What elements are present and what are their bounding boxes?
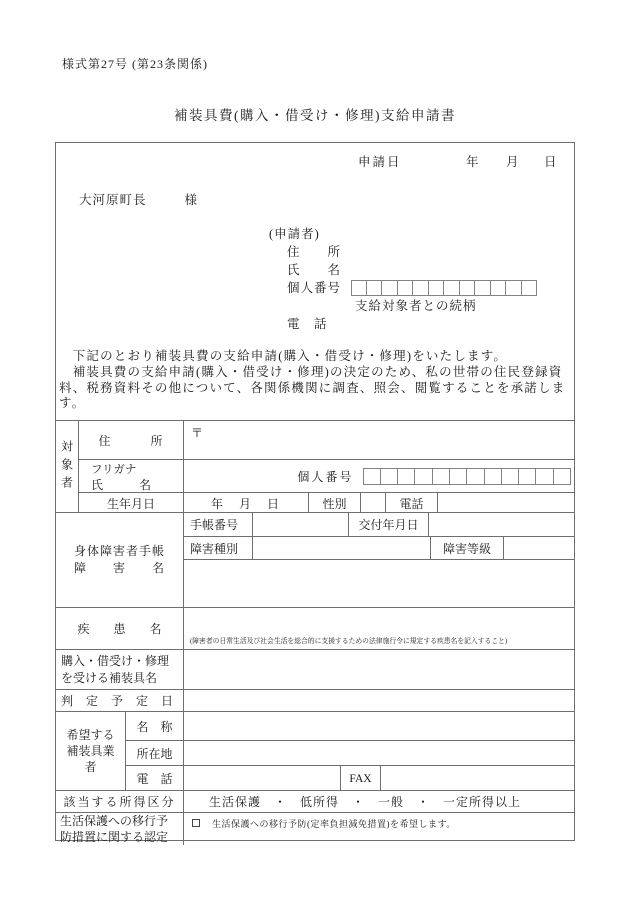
book-number-value[interactable]: [253, 513, 349, 536]
application-date-label: 申請日: [358, 152, 402, 170]
application-date-line: 申請日 年 月 日: [56, 152, 574, 168]
income-class-label: 該当する所得区分: [56, 791, 184, 812]
welfare-label-line2: 防措置に関する認定: [60, 829, 168, 845]
declaration-line-2: 補装具費の支給申請(購入・借受け・修理)の決定のため、私の世帯の住民登録資料、税…: [59, 365, 573, 412]
disease-value[interactable]: (障害者の日常生活及び社会生活を総合的に支援するための法律施行令に規定する疾患名…: [184, 608, 574, 649]
form-number: 様式第27号 (第23条関係): [62, 55, 208, 72]
disease-row: 疾 患 名 (障害者の日常生活及び社会生活を総合的に支援するための法律施行令に規…: [56, 607, 574, 649]
disability-book-label-cell: 身体障害者手帳 障 害 名: [56, 513, 184, 607]
subject-group-label: 対象者: [59, 440, 76, 494]
birth-date-value[interactable]: 年 月 日: [184, 493, 309, 513]
device-label-line2: を受ける補装具名: [61, 670, 157, 687]
date-year-label: 年: [466, 152, 481, 170]
disability-grade-label: 障害等級: [431, 537, 504, 559]
addressee-honorific: 様: [185, 193, 199, 207]
applicant-block: (申請者) 住 所 氏 名 個人番号 支給対象者との続柄 電 話: [269, 225, 537, 333]
vendor-name-label: 名 称: [126, 712, 184, 740]
declaration-line-1: 下記のとおり補装具費の支給申請(購入・借受け・修理)をいたします。: [59, 349, 573, 365]
disability-type-value[interactable]: [253, 537, 431, 559]
date-day-label: 日: [544, 152, 559, 170]
disability-name-label: 障 害 名: [74, 560, 165, 577]
relation-label: 支給対象者との続柄: [269, 297, 537, 315]
income-row: 該当する所得区分 生活保護 ・ 低所得 ・ 一般 ・ 一定所得以上: [56, 790, 574, 812]
welfare-checkbox-text: 生活保護への移行予防(定率負担減免措置)を希望します。: [212, 817, 456, 830]
applicant-phone-label[interactable]: 電 話: [269, 315, 537, 333]
subject-name-value[interactable]: 個人番号: [184, 460, 574, 492]
issue-date-value[interactable]: [429, 513, 574, 536]
subject-address-value[interactable]: 〒: [184, 421, 574, 459]
subject-phone-value[interactable]: [438, 493, 574, 513]
subject-group-label-cell: 対象者: [56, 421, 79, 512]
subject-personal-number-boxes[interactable]: [363, 468, 571, 485]
addressee-line: 大河原町長様: [79, 190, 198, 208]
form-table: 対象者 住 所 〒 フリガナ 氏 名: [56, 420, 574, 845]
vendor-phone-value[interactable]: [184, 766, 341, 791]
applicant-personal-number-boxes[interactable]: [351, 280, 537, 296]
book-number-label: 手帳番号: [184, 513, 253, 536]
applicant-personal-number-row: 個人番号: [269, 279, 537, 297]
furigana-label: フリガナ: [91, 463, 151, 478]
vendor-fax-label: FAX: [341, 766, 381, 791]
device-label-cell: 購入・借受け・修理 を受ける補装具名: [56, 650, 184, 689]
welfare-value-cell: 生活保護への移行予防(定率負担減免措置)を希望します。: [184, 813, 574, 845]
subject-address-label: 住 所: [79, 421, 184, 459]
welfare-checkbox[interactable]: [192, 819, 200, 827]
vendor-group-label-line3: 者: [84, 759, 96, 775]
issue-date-label: 交付年月日: [349, 513, 429, 536]
applicant-name-label[interactable]: 氏 名: [269, 261, 537, 279]
disability-book-label-line1: 身体障害者手帳: [74, 543, 165, 560]
judgement-row: 判 定 予 定 日: [56, 689, 574, 711]
vendor-group-label-line2: 補装具業: [66, 743, 114, 759]
sex-label: 性別: [309, 493, 361, 513]
date-month-label: 月: [506, 152, 521, 170]
device-label-line1: 購入・借受け・修理: [61, 653, 169, 670]
subject-personal-number-label: 個人番号: [297, 468, 353, 485]
sex-value[interactable]: [361, 493, 386, 513]
vendor-group-label-line1: 希望する: [66, 727, 114, 743]
application-form-page: 様式第27号 (第23条関係) 補装具費(購入・借受け・修理)支給申請書 申請日…: [0, 0, 630, 903]
vendor-name-value[interactable]: [184, 712, 574, 740]
disability-type-label: 障害種別: [184, 537, 253, 559]
top-section: 申請日 年 月 日 大河原町長様 (申請者) 住 所 氏 名 個人番号 支給対象…: [56, 143, 574, 420]
income-class-options[interactable]: 生活保護 ・ 低所得 ・ 一般 ・ 一定所得以上: [184, 791, 574, 812]
vendor-address-value[interactable]: [184, 741, 574, 765]
addressee-name: 大河原町長: [79, 193, 147, 207]
judgement-date-label: 判 定 予 定 日: [56, 690, 184, 711]
postal-mark: 〒: [191, 424, 203, 441]
device-row: 購入・借受け・修理 を受ける補装具名: [56, 649, 574, 689]
vendor-fax-value[interactable]: [381, 766, 574, 791]
declaration-text: 下記のとおり補装具費の支給申請(購入・借受け・修理)をいたします。 補装具費の支…: [59, 349, 573, 412]
vendor-group: 希望する 補装具業 者 名 称 所在地 電 話: [56, 711, 574, 790]
subject-name-label-cell: フリガナ 氏 名: [79, 460, 184, 492]
applicant-section-label: (申請者): [269, 225, 537, 243]
disability-name-value[interactable]: [184, 560, 574, 608]
birth-date-label: 生年月日: [79, 493, 184, 513]
subject-group: 対象者 住 所 〒 フリガナ 氏 名: [56, 420, 574, 512]
disease-label: 疾 患 名: [56, 608, 184, 649]
form-border-box: 申請日 年 月 日 大河原町長様 (申請者) 住 所 氏 名 個人番号 支給対象…: [55, 142, 575, 841]
applicant-address-label[interactable]: 住 所: [269, 243, 537, 261]
device-name-value[interactable]: [184, 650, 574, 689]
page-title: 補装具費(購入・借受け・修理)支給申請書: [0, 104, 630, 124]
vendor-address-label: 所在地: [126, 741, 184, 765]
welfare-label-cell: 生活保護への移行予 防措置に関する認定: [56, 813, 184, 845]
applicant-personal-number-label: 個人番号: [287, 279, 341, 297]
disability-book-group: 身体障害者手帳 障 害 名 手帳番号 交付年月日 障害種別 障害等級: [56, 512, 574, 607]
judgement-date-value[interactable]: [184, 690, 574, 711]
subject-name-label: 氏 名: [91, 478, 151, 493]
vendor-phone-label: 電 話: [126, 766, 184, 791]
subject-phone-label: 電話: [386, 493, 438, 513]
vendor-group-label-cell: 希望する 補装具業 者: [56, 712, 126, 790]
welfare-label-line1: 生活保護への移行予: [60, 813, 168, 829]
disability-grade-value[interactable]: [504, 537, 574, 559]
welfare-row: 生活保護への移行予 防措置に関する認定 生活保護への移行予防(定率負担減免措置)…: [56, 812, 574, 845]
disease-note: (障害者の日常生活及び社会生活を総合的に支援するための法律施行令に規定する疾患名…: [184, 635, 507, 649]
